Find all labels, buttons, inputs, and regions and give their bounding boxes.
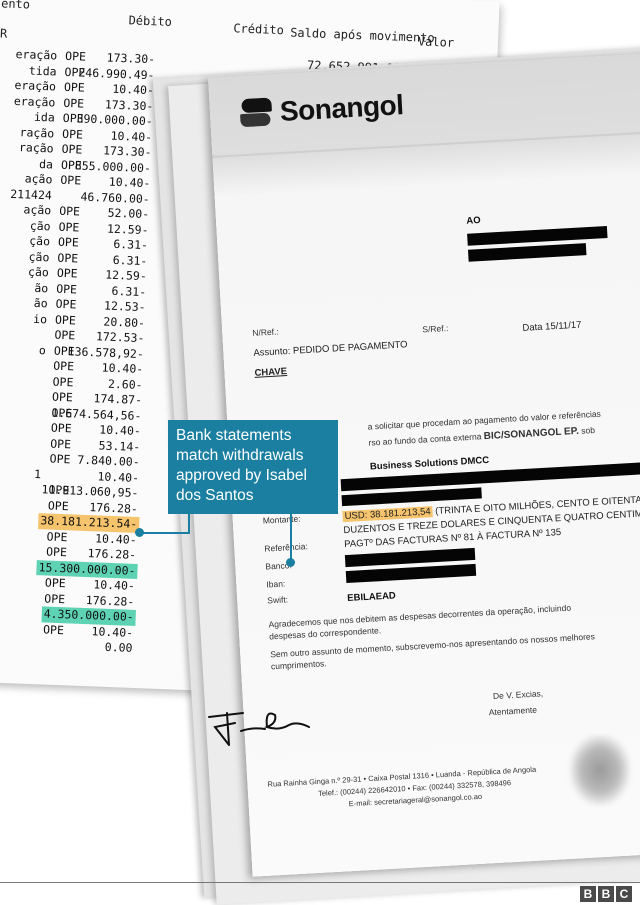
row-code: OPE [52,374,73,390]
sonangol-logo: Sonangol [239,89,404,130]
row-description-text: eração [14,78,56,94]
row-debit: 10.40- [107,175,153,192]
sign-off-2: Atentamente [489,705,538,718]
row-description: ão [0,279,49,297]
bbc-letter: B [580,886,596,902]
beneficiary: Business Solutions DMCC [370,455,490,473]
row-code: OPE [48,498,69,514]
callout-anchor-dot [135,528,144,537]
body-text: rso ao fundo da conta externa [368,431,481,447]
row-debit: 10.40- [91,577,137,594]
bottom-divider [0,882,640,883]
debit-column-header: Débito [128,13,172,29]
row-code: OPE [49,452,70,468]
row-description-text: da [39,156,53,171]
row-code: OPE [61,142,82,158]
balance-column-header: Saldo após movimento [290,25,435,45]
sign-off-1: De V. Excias, [493,688,544,701]
row-code: OPE [55,312,76,328]
callout-connector [188,512,190,534]
row-description-text: eração [15,47,57,63]
row-debit: 10.40- [97,422,143,439]
row-debit: 53.14- [96,438,142,455]
row-code: OPE [62,126,83,142]
logo-text: Sonangol [279,89,404,128]
row-code: OPE [52,390,73,406]
amount-value: USD: 38.181.213,54 [342,506,433,522]
iban-label: Iban: [266,578,285,589]
row-code: OPE [45,575,66,591]
bbc-letter: C [616,886,632,902]
closing-line-1: Agradecemos que nos debitem as despesas … [268,603,571,630]
row-debit: 10.40- [95,469,141,486]
row-code: OPE [50,436,71,452]
row-code: OPE [60,173,81,189]
row-description-text: 1 [34,466,41,480]
callout-connector [290,512,292,562]
date-label: Data [522,322,543,334]
row-code: OPE [59,204,80,220]
row-debit: 10.40- [99,360,145,377]
redaction-bar [467,226,607,246]
row-description: ção [0,248,50,266]
bbc-logo: B B C [580,886,632,902]
redaction-bar [341,487,481,506]
row-description: ção [0,263,49,281]
row-code: OPE [54,328,75,344]
row-debit: 6.31- [110,252,149,269]
row-description-text: io [33,311,47,326]
row-code: OPE [43,622,64,638]
date-field: Data 15/11/17 [522,320,582,334]
row-description: ão [0,294,48,312]
redaction-bar [346,564,476,583]
row-description: ção [0,232,50,250]
row-description: io [0,310,47,328]
blurred-stamp [570,735,630,805]
swift-label: Swift: [267,594,288,605]
row-description-text: tida [29,63,57,78]
bbc-letter: B [598,886,614,902]
row-code: OPE [57,266,78,282]
row-debit: 12.53- [102,298,148,315]
key-label: CHAVE [254,366,287,379]
row-description-text: ida [34,110,55,125]
row-description: 1 [0,464,41,482]
row-debit: 10.40- [93,531,139,548]
annotation-callout: Bank statements match withdrawals approv… [168,420,338,514]
row-debit: 2.60- [106,376,145,393]
row-description-text: ão [34,280,48,295]
subject-value: PEDIDO DE PAGAMENTO [293,339,408,356]
row-description-text: ção [30,218,51,233]
value-column-header: Valor [418,34,455,49]
row-description-text: ção [28,265,49,280]
row-code: OPE [63,95,84,111]
row-code: OPE [65,49,86,65]
row-description-text: ação [23,202,51,217]
reference-label: Referência: [264,541,308,553]
row-description: o [0,341,46,359]
row-code: OPE [55,297,76,313]
row-code: OPE [51,421,72,437]
row-debit: 10.40- [108,128,154,145]
row-description-text: o [39,343,46,357]
row-code: OPE [58,219,79,235]
header-divider [212,128,640,158]
row-description-text: ão [34,296,48,311]
row-debit: 10.40- [89,624,135,641]
account-name: BIC/SONANGOL EP. [483,426,579,442]
row-description-text: eração [14,93,56,109]
nref-label: N/Ref.: [252,326,279,337]
row-code: OPE [57,250,78,266]
row-debit: 20.80- [101,314,147,331]
subject-label: Assunto: [253,346,291,359]
row-code: OPE [46,545,67,561]
row-description-text: 211424 [10,186,52,202]
callout-anchor-dot [286,558,295,567]
row-description: ação [0,201,52,219]
row-code: OPE [64,80,85,96]
row-code: OPE [53,359,74,375]
amount-label: Montante: [263,514,301,526]
row-code: OPE [56,281,77,297]
callout-connector [140,532,190,534]
row-debit: 6.31- [111,237,150,254]
row-debit: 52.00- [105,206,151,223]
closing-line-4: cumprimentos. [271,658,327,671]
row-debit: 12.59- [105,221,151,238]
row-description: ção [0,217,51,235]
row-description: 211424 [0,186,52,204]
row-description-text: ação [24,171,52,186]
statement-partial-header: ento [1,0,30,11]
row-code: OPE [44,591,65,607]
row-debit: 12.59- [103,267,149,284]
redaction-bar [468,243,586,262]
row-description-text: ração [19,125,54,140]
signature-icon [205,705,315,749]
credit-column-header: Crédito [233,21,284,37]
sref-label: S/Ref.: [422,323,449,334]
subject-field: Assunto: PEDIDO DE PAGAMENTO [253,339,408,359]
row-debit: 10.40- [110,82,156,99]
body-text: sob [581,425,595,436]
row-code: OPE [58,235,79,251]
row-code: OPE [46,529,67,545]
sonangol-logo-icon [239,97,275,129]
swift-value: EBILAEAD [347,590,396,604]
date-value: 15/11/17 [545,320,582,333]
row-debit: 6.31- [109,283,148,300]
row-description-text: ção [29,234,50,249]
row-description-text: ção [28,249,49,264]
row-description-text: ração [19,140,54,155]
row-debit: 0.00 [102,640,134,657]
statement-partial-label: R [0,26,7,40]
recipient-label: AO [466,215,481,227]
